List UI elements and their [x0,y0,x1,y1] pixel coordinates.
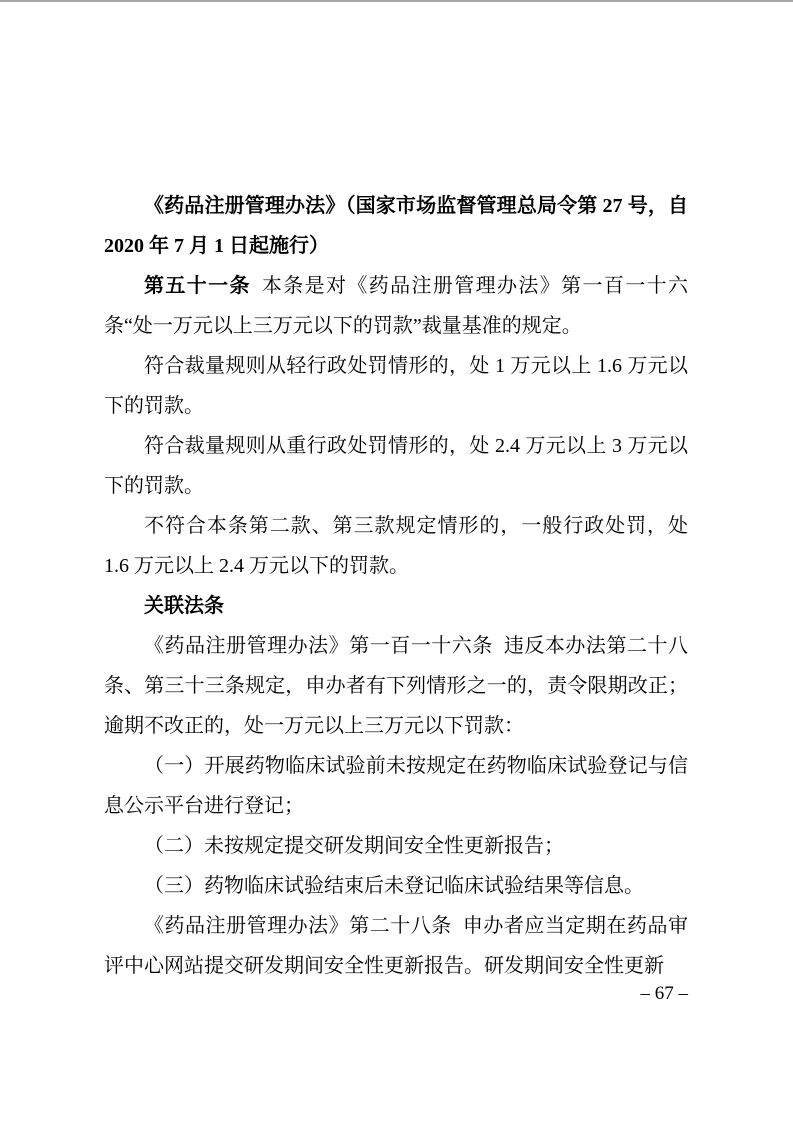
page-top-scan-edge [0,0,793,2]
article-116-citation: 《药品注册管理办法》第一百一十六条违反本办法第二十八条、第三十三条规定，申办者有… [104,626,688,746]
article-28-citation: 《药品注册管理办法》第二十八条申办者应当定期在药品审评中心网站提交研发期间安全性… [104,906,688,986]
page-footer: – 67 – [104,982,688,1006]
penalty-general-paragraph: 不符合本条第二款、第三款规定情形的，一般行政处罚，处 1.6 万元以上 2.4 … [104,506,688,586]
article-51-paragraph: 第五十一条本条是对《药品注册管理办法》第一百一十六条“处一万元以上三万元以下的罚… [104,266,688,346]
list-item-3: （三）药物临床试验结束后未登记临床试验结果等信息。 [104,866,688,906]
related-articles-heading: 关联法条 [104,586,688,626]
article-28-term: 《药品注册管理办法》第二十八条 [144,915,452,937]
list-item-2: （二）未按规定提交研发期间安全性更新报告； [104,826,688,866]
document-page: 《药品注册管理办法》（国家市场监督管理总局令第 27 号，自 2020 年 7 … [0,0,793,1122]
title-paragraph: 《药品注册管理办法》（国家市场监督管理总局令第 27 号，自 2020 年 7 … [104,186,688,266]
penalty-heavy-paragraph: 符合裁量规则从重行政处罚情形的，处 2.4 万元以上 3 万元以下的罚款。 [104,426,688,506]
article-116-term: 《药品注册管理办法》第一百一十六条 [144,635,493,657]
penalty-light-paragraph: 符合裁量规则从轻行政处罚情形的，处 1 万元以上 1.6 万元以下的罚款。 [104,346,688,426]
list-item-1: （一）开展药物临床试验前未按规定在药物临床试验登记与信息公示平台进行登记； [104,746,688,826]
article-51-term: 第五十一条 [144,275,251,297]
document-body: 《药品注册管理办法》（国家市场监督管理总局令第 27 号，自 2020 年 7 … [104,186,688,986]
page-number: – 67 – [641,983,689,1004]
